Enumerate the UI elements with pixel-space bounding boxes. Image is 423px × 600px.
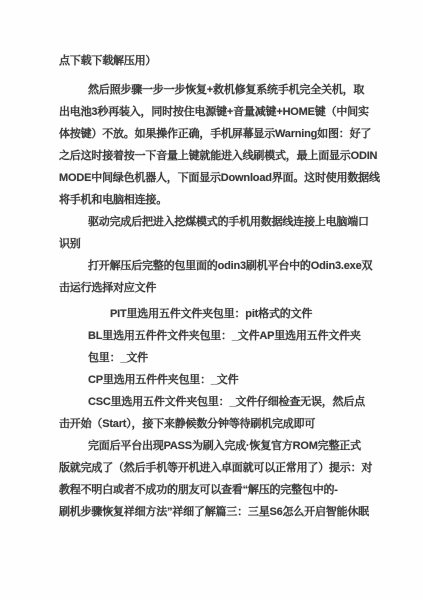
doc-line: 打开解压后完整的包里面的odin3刷机平台中的Odin3.exe双: [88, 255, 403, 277]
document-page: 点下载下载解压用） 然后照步骤一步一步恢复+救机修复系统手机完全关机，取 出电池…: [0, 0, 423, 600]
doc-line: 击开始（Start），接下来静候数分钟等待刷机完成即可: [59, 413, 403, 435]
doc-line: 出电池3秒再装入，同时按住电源键+音量减键+HOME键（中间实: [59, 101, 403, 123]
doc-line: 点下载下载解压用）: [59, 50, 403, 72]
doc-line: 刷机步骤恢复祥细方法”祥细了解篇三：三星S6怎么开启智能休眠: [59, 501, 403, 523]
doc-line: PIT里选用五件文件夹包里：pit格式的文件: [110, 303, 403, 325]
doc-line: 将手机和电脑相连接。: [59, 189, 403, 211]
doc-line: CP里选用五件件夹包里：_文件: [88, 369, 403, 391]
doc-line: 教程不明白或者不成功的朋友可以查看“解压的完整包中的-: [59, 479, 403, 501]
doc-line: 然后照步骤一步一步恢复+救机修复系统手机完全关机，取: [88, 79, 403, 101]
doc-line: CSC里选用五件文件夹包里：_文件仔细检查无误，然后点: [88, 391, 403, 413]
doc-line: 包里：_文件: [88, 347, 403, 369]
doc-line: BL里选用五件件文件夹包里：_文件AP里选用五件文件夹: [88, 325, 403, 347]
doc-line: MODE中间绿色机器人，下面显示Download界面。这时使用数据线: [59, 167, 403, 189]
doc-line: 识别: [59, 233, 403, 255]
doc-line: 之后这时接着按一下音量上键就能进入线刷模式，最上面显示ODIN: [59, 145, 403, 167]
doc-line: 击运行选择对应文件: [59, 277, 403, 299]
doc-line: 驱动完成后把进入挖煤模式的手机用数据线连接上电脑端口: [88, 211, 403, 233]
doc-line: 完面后平台出现PASS为刷入完成·恢复官方ROM完整正式: [88, 435, 403, 457]
doc-line: 体按键）不放。如果操作正确，手机屏幕显示Warning如图：好了: [59, 123, 403, 145]
doc-line: 版就完成了（然后手机等开机进入卓面就可以正常用了）提示：对: [59, 457, 403, 479]
